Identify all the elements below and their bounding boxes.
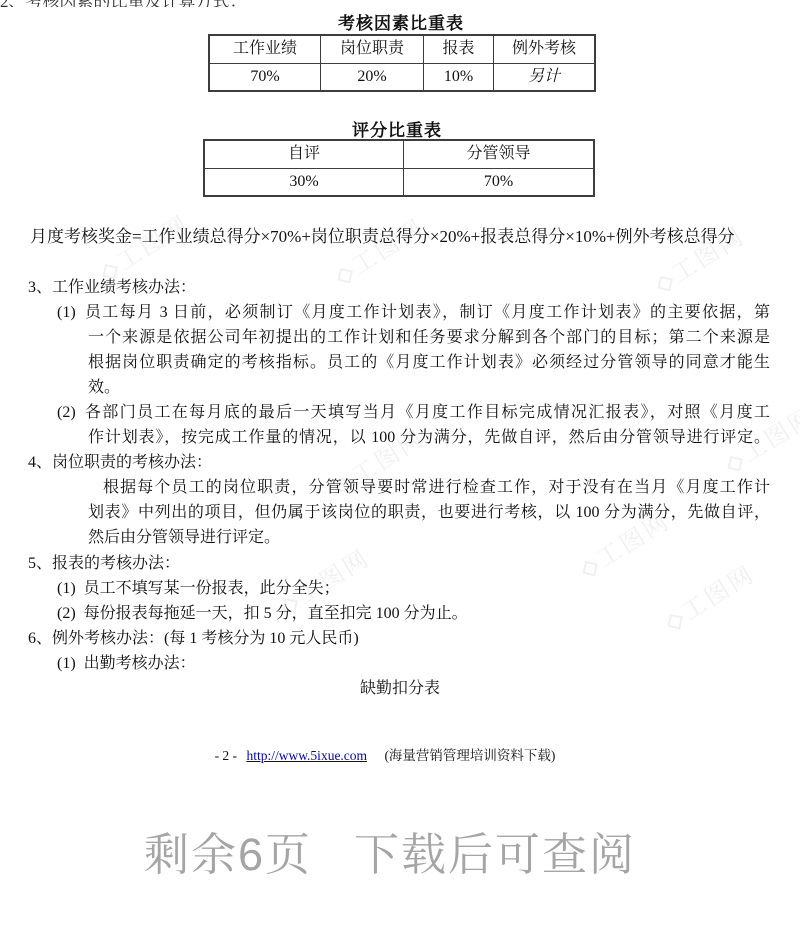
download-hint-text: 下载后可查阅 <box>354 829 636 880</box>
section5-item2: (2)每份报表每拖延一天，扣 5 分，直至扣完 100 分为止。 <box>57 603 468 624</box>
score-weight-table: 自评 分管领导 30% 70% <box>203 139 595 197</box>
table1-value-cell: 20% <box>320 63 423 90</box>
section3-heading: 3、工作业绩考核办法： <box>28 277 196 298</box>
table1-header-cell: 岗位职责 <box>320 36 423 63</box>
factor-weight-table: 工作业绩 岗位职责 报表 例外考核 70% 20% 10% 另计 <box>208 34 596 92</box>
watermark-diamond-icon <box>582 561 598 577</box>
table2-title: 评分比重表 <box>203 116 591 141</box>
section3-item1-line: (1)员工每月 3 日前，必须制订《月度工作计划表》，制订《月度工作计划表》的主… <box>57 302 770 323</box>
footer-note: (海量营销管理培训资料下载) <box>384 748 555 763</box>
table1-header-cell: 例外考核 <box>493 36 594 63</box>
page-number: - 2 - <box>215 748 238 763</box>
watermark: 工图网 <box>328 208 431 290</box>
page-footer: - 2 - http://www.5ixue.com (海量营销管理培训资料下载… <box>0 744 770 764</box>
table2-value-cell: 70% <box>403 168 593 195</box>
table2-header-cell: 自评 <box>205 141 403 168</box>
watermark-diamond-icon <box>657 276 673 292</box>
watermark-diamond-icon <box>337 268 353 284</box>
table1-header-cell: 工作业绩 <box>210 36 320 63</box>
list-marker: (1) <box>57 304 76 321</box>
section4-line: 根据每个员工的岗位职责，分管领导要时常进行检查工作，对于没有在当月《月度工作计 <box>103 477 770 498</box>
list-marker: (2) <box>57 605 76 622</box>
watermark-diamond-icon <box>667 614 683 630</box>
table1-value-cell: 10% <box>423 63 493 90</box>
section3-item1-line: 效。 <box>88 377 120 398</box>
section3-item1-line: 一个来源是依据公司年初提出的工作计划和任务要求分解到各个部门的目标；第二个来源是 <box>88 327 770 348</box>
absence-table-caption: 缺勤扣分表 <box>0 678 800 699</box>
remaining-pages-overlay: 剩余6页下载后可查阅 <box>0 818 780 883</box>
watermark: 工图网 <box>658 554 761 636</box>
section5-heading: 5、报表的考核办法： <box>28 553 180 574</box>
table1-value-cell: 另计 <box>493 63 594 90</box>
bonus-formula: 月度考核奖金=工作业绩总得分×70%+岗位职责总得分×20%+报表总得分×10%… <box>30 226 735 247</box>
section4-line: 然后由分管领导进行评定。 <box>88 527 280 548</box>
footer-link[interactable]: http://www.5ixue.com <box>246 748 367 763</box>
remaining-pages-text: 剩余6页 <box>144 829 312 880</box>
list-marker: (1) <box>57 655 76 672</box>
list-marker: (1) <box>57 580 76 597</box>
section4-line: 划表》中列出的项目，但仍属于该岗位的职责，也要进行考核，以 100 分为满分，先… <box>88 502 770 523</box>
section6-item1: (1)出勤考核办法： <box>57 653 196 674</box>
table1-title: 考核因素比重表 <box>208 9 594 34</box>
document-page: 工图网 工图网 工图网 工图网 工图网 工图网 工图网 工图网 2、考核因素的比… <box>0 0 800 927</box>
section4-heading: 4、岗位职责的考核办法： <box>28 452 212 473</box>
watermark-diamond-icon <box>727 456 743 472</box>
section6-heading: 6、例外考核办法：(每 1 考核分为 10 元人民币) <box>28 628 359 649</box>
section3-item2-line: (2)各部门员工在每月底的最后一天填写当月《月度工作目标完成情况汇报表》，对照《… <box>57 402 770 423</box>
table1-value-cell: 70% <box>210 63 320 90</box>
table1-header-cell: 报表 <box>423 36 493 63</box>
table2-value-cell: 30% <box>205 168 403 195</box>
cutoff-heading: 2、考核因素的比重及计算方式： <box>0 0 300 7</box>
section5-item1: (1)员工不填写某一份报表，此分全失； <box>57 578 340 599</box>
section3-item2-line: 作计划表》，按完成工作量的情况，以 100 分为满分，先做自评，然后由分管领导进… <box>88 427 770 448</box>
list-marker: (2) <box>57 404 76 421</box>
table2-header-cell: 分管领导 <box>403 141 593 168</box>
section3-item1-line: 根据岗位职责确定的考核指标。员工的《月度工作计划表》必须经过分管领导的同意才能生 <box>88 352 770 373</box>
